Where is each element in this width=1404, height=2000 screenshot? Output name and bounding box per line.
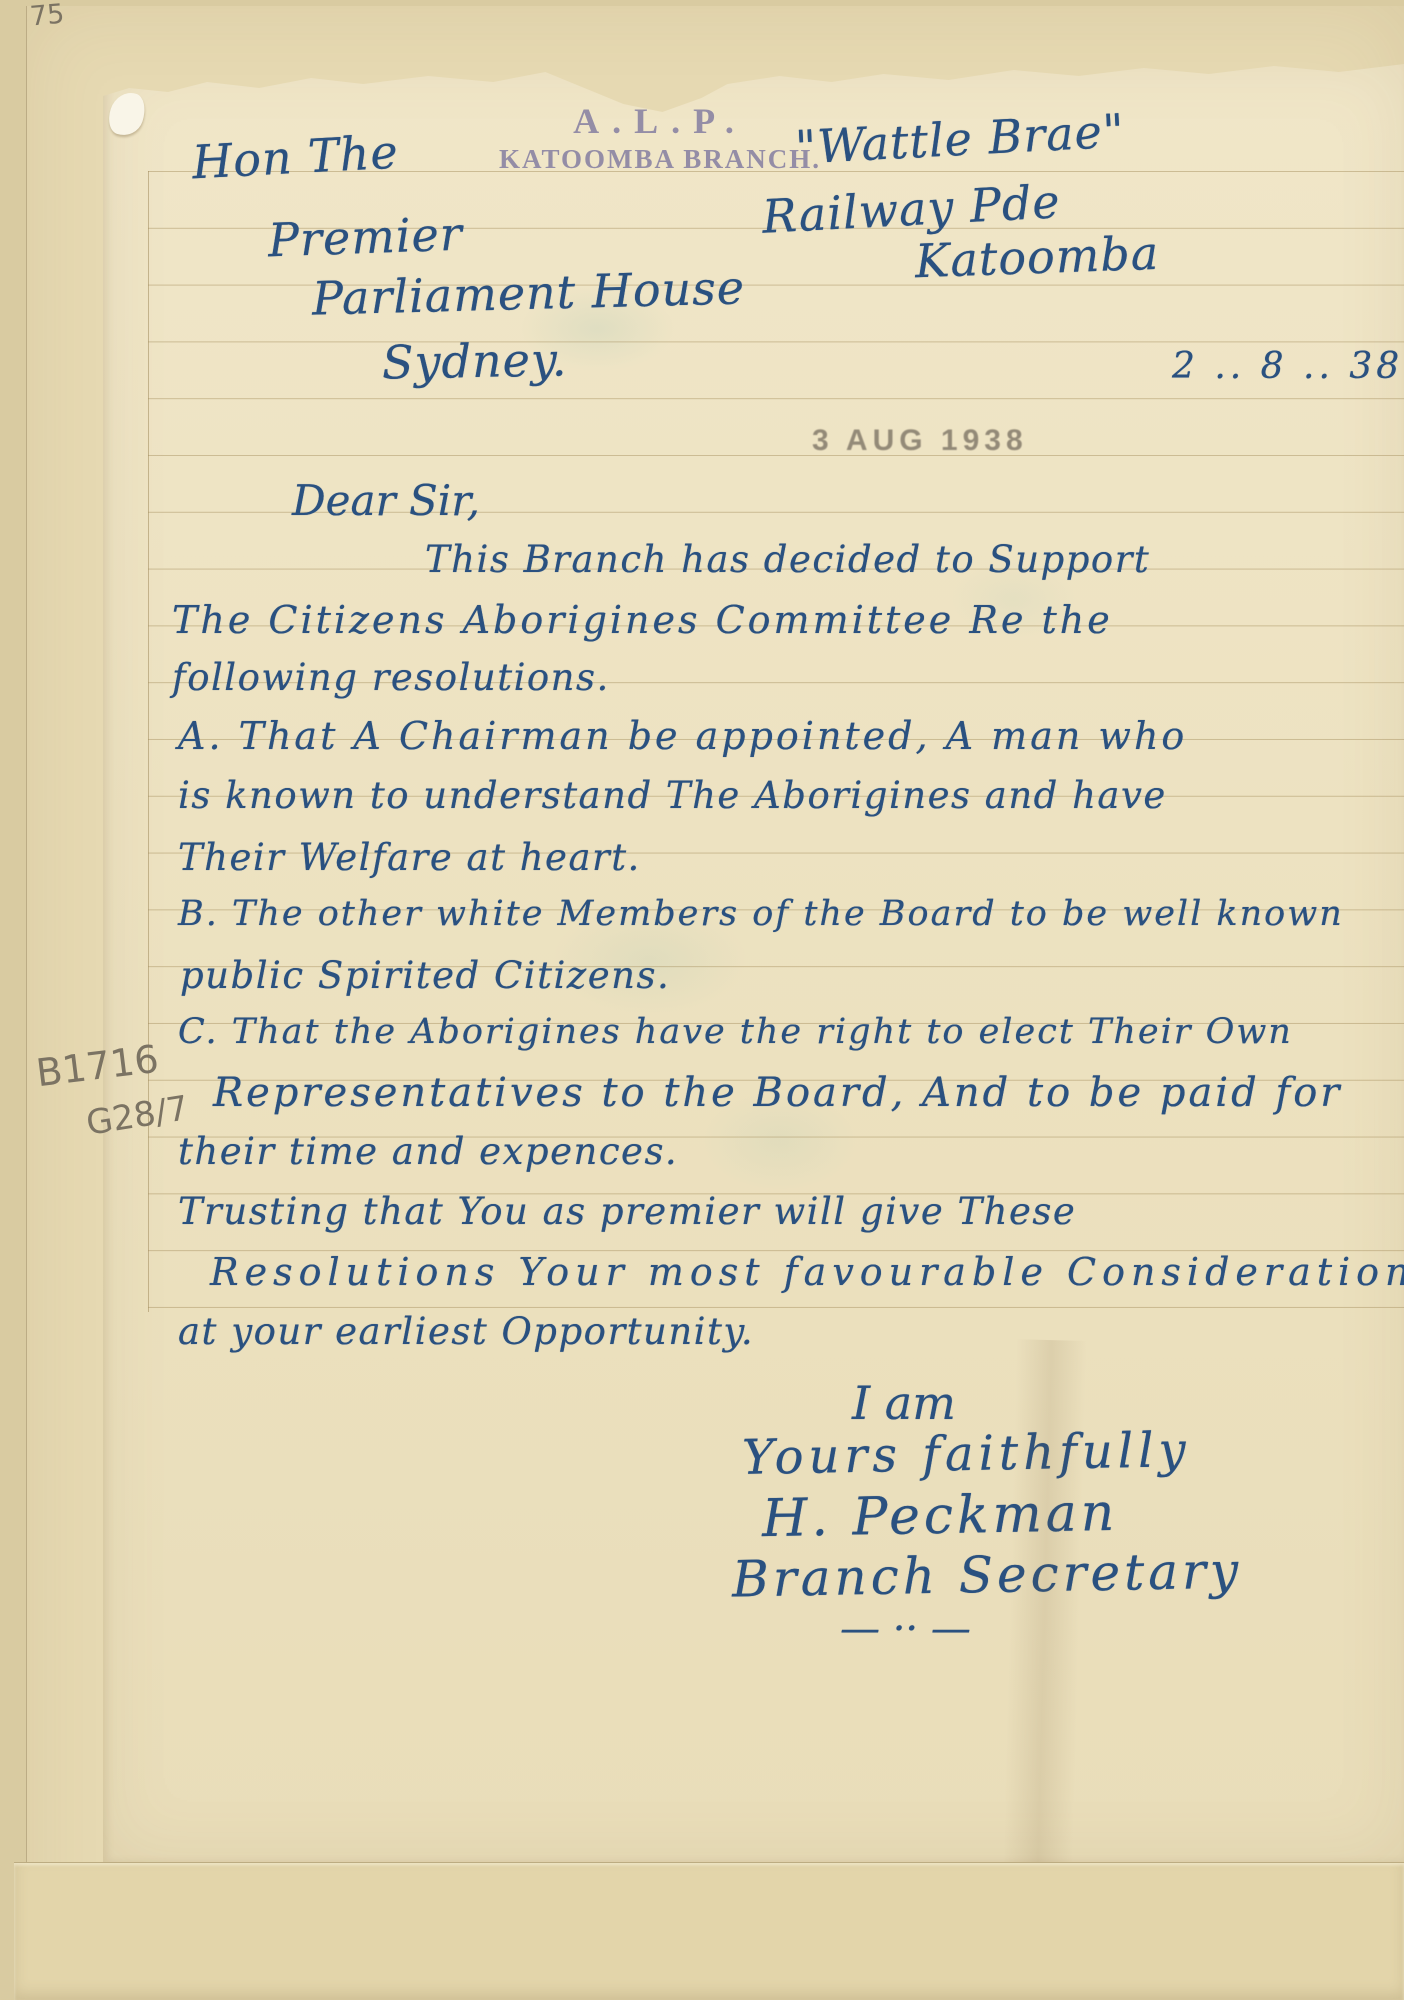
body-line: Trusting that You as premier will give T… bbox=[178, 1190, 1076, 1233]
alp-stamp-branch: KATOOMBA BRANCH. bbox=[470, 144, 850, 175]
recipient-line-4: Sydney. bbox=[382, 332, 568, 389]
body-line: B. The other white Members of the Board … bbox=[178, 894, 1344, 934]
body-line: Resolutions Your most favourable Conside… bbox=[210, 1250, 1404, 1294]
body-line: Their Welfare at heart. bbox=[178, 836, 641, 879]
letter-date: 2 .. 8 .. 38 bbox=[1172, 346, 1403, 387]
body-line: A. That A Chairman be appointed, A man w… bbox=[178, 714, 1187, 758]
salutation: Dear Sir, bbox=[292, 476, 480, 525]
body-line: at your earliest Opportunity. bbox=[178, 1310, 754, 1353]
valediction: Yours faithfully bbox=[742, 1422, 1192, 1486]
scanned-letter-page: 75 A.L.P. KATOOMBA BRANCH. 3 AUG 1938 Ho… bbox=[0, 0, 1404, 2000]
recipient-line-1: Hon The bbox=[191, 125, 400, 190]
body-line: C. That the Aborigines have the right to… bbox=[178, 1012, 1293, 1052]
recipient-line-3: Parliament House bbox=[311, 260, 745, 325]
signature-flourish: — ·· — bbox=[840, 1606, 971, 1652]
signatory-title: Branch Secretary bbox=[732, 1542, 1243, 1609]
next-page-edge bbox=[14, 1862, 1404, 2000]
body-line: This Branch has decided to Support bbox=[425, 538, 1150, 581]
body-line: Representatives to the Board, And to be … bbox=[213, 1070, 1342, 1116]
closing-i-am: I am bbox=[852, 1376, 956, 1430]
page-number-annotation: 75 bbox=[29, 0, 66, 32]
body-line: is known to understand The Aborigines an… bbox=[178, 774, 1167, 817]
alp-branch-stamp: A.L.P. KATOOMBA BRANCH. bbox=[470, 100, 850, 175]
body-line: their time and expences. bbox=[178, 1130, 678, 1173]
sender-town: Katoomba bbox=[914, 226, 1160, 288]
received-date-stamp: 3 AUG 1938 bbox=[812, 424, 1028, 458]
body-line: The Citizens Aborigines Committee Re the bbox=[172, 598, 1113, 642]
body-line: public Spirited Citizens. bbox=[180, 954, 670, 997]
body-line: following resolutions. bbox=[172, 656, 610, 699]
recipient-line-2: Premier bbox=[267, 207, 463, 268]
